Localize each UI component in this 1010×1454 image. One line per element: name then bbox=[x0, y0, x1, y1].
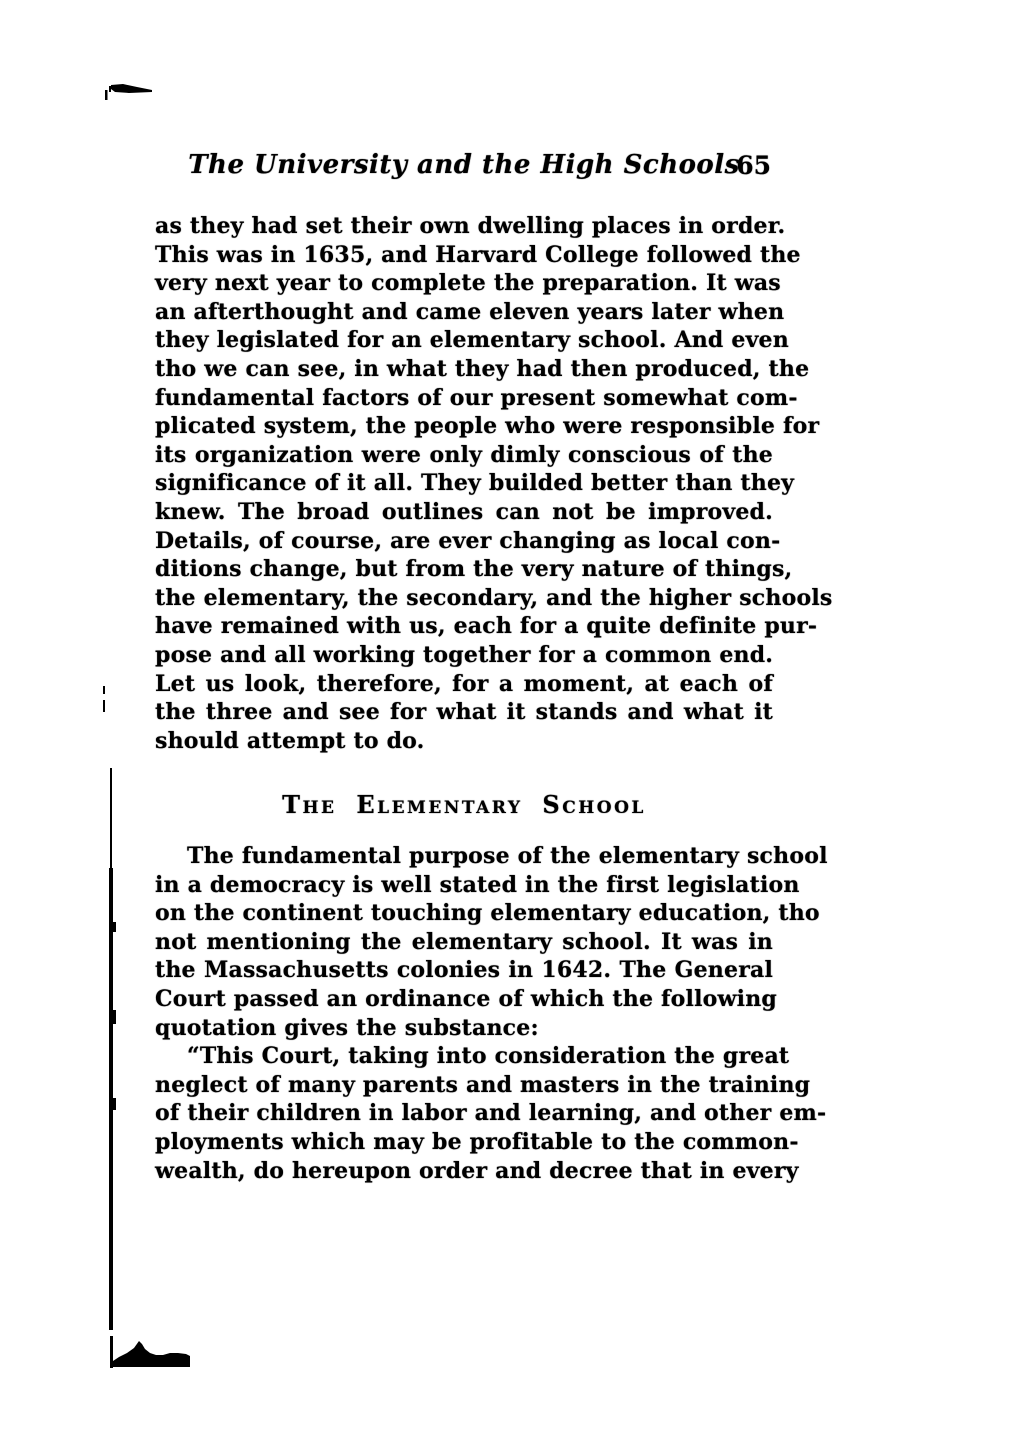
text-line: quotation gives the substance: bbox=[155, 1014, 773, 1043]
section-heading: The Elementary School bbox=[155, 790, 773, 819]
margin-dash-artifact bbox=[103, 686, 105, 694]
paragraph-3-quotation: “This Court, taking into consideration t… bbox=[155, 1042, 773, 1185]
text-line: significance of it all. They builded bet… bbox=[155, 469, 773, 498]
text-line: the three and see for what it stands and… bbox=[155, 698, 773, 727]
text-line: as they had set their own dwelling place… bbox=[155, 212, 773, 241]
page-number: 65 bbox=[736, 151, 771, 180]
text-line: plicated system, the people who were res… bbox=[155, 412, 773, 441]
text-line: Court passed an ordinance of which the f… bbox=[155, 985, 773, 1014]
ink-blot-artifact bbox=[106, 1338, 194, 1370]
text-line: very next year to complete the preparati… bbox=[155, 269, 773, 298]
text-line: an afterthought and came eleven years la… bbox=[155, 298, 773, 327]
text-line: the elementary, the secondary, and the h… bbox=[155, 584, 773, 613]
paragraph-2: The fundamental purpose of the elementar… bbox=[155, 842, 773, 1042]
margin-dash-artifact bbox=[103, 700, 105, 712]
text-line: This was in 1635, and Harvard College fo… bbox=[155, 241, 773, 270]
text-line: of their children in labor and learning,… bbox=[155, 1099, 773, 1128]
text-line: on the continent touching elementary edu… bbox=[155, 899, 773, 928]
running-head-title: The University and the High Schools bbox=[155, 150, 773, 180]
text-line: The fundamental purpose of the elementar… bbox=[155, 842, 773, 871]
margin-tick-artifact bbox=[113, 1010, 116, 1024]
left-margin-rule-artifact bbox=[110, 768, 112, 870]
text-line: ditions change, but from the very nature… bbox=[155, 555, 773, 584]
text-line: should attempt to do. bbox=[155, 727, 773, 756]
text-line: its organization were only dimly conscio… bbox=[155, 441, 773, 470]
margin-tick-artifact bbox=[113, 922, 116, 932]
text-line: tho we can see, in what they had then pr… bbox=[155, 355, 773, 384]
text-line: they legislated for an elementary school… bbox=[155, 326, 773, 355]
text-line: Details, of course, are ever changing as… bbox=[155, 527, 773, 556]
text-line: not mentioning the elementary school. It… bbox=[155, 928, 773, 957]
text-line: wealth, do hereupon order and decree tha… bbox=[155, 1157, 773, 1186]
paragraph-block: The fundamental purpose of the elementar… bbox=[155, 842, 773, 1185]
ink-smudge-artifact bbox=[103, 82, 157, 104]
text-line: pose and all working together for a comm… bbox=[155, 641, 773, 670]
text-line: ployments which may be profitable to the… bbox=[155, 1128, 773, 1157]
scanned-book-page: The University and the High Schools 65 a… bbox=[0, 0, 1010, 1454]
text-line: neglect of many parents and masters in t… bbox=[155, 1071, 773, 1100]
text-line: the Massachusetts colonies in 1642. The … bbox=[155, 956, 773, 985]
text-line: “This Court, taking into consideration t… bbox=[155, 1042, 773, 1071]
paragraph-1: as they had set their own dwelling place… bbox=[155, 212, 773, 755]
margin-tick-artifact bbox=[113, 1098, 116, 1110]
text-line: have remained with us, each for a quite … bbox=[155, 612, 773, 641]
text-line: knew. The broad outlines can not be impr… bbox=[155, 498, 773, 527]
text-line: fundamental factors of our present somew… bbox=[155, 384, 773, 413]
text-line: Let us look, therefore, for a moment, at… bbox=[155, 670, 773, 699]
running-head: The University and the High Schools 65 bbox=[155, 150, 773, 190]
text-line: in a democracy is well stated in the fir… bbox=[155, 871, 773, 900]
